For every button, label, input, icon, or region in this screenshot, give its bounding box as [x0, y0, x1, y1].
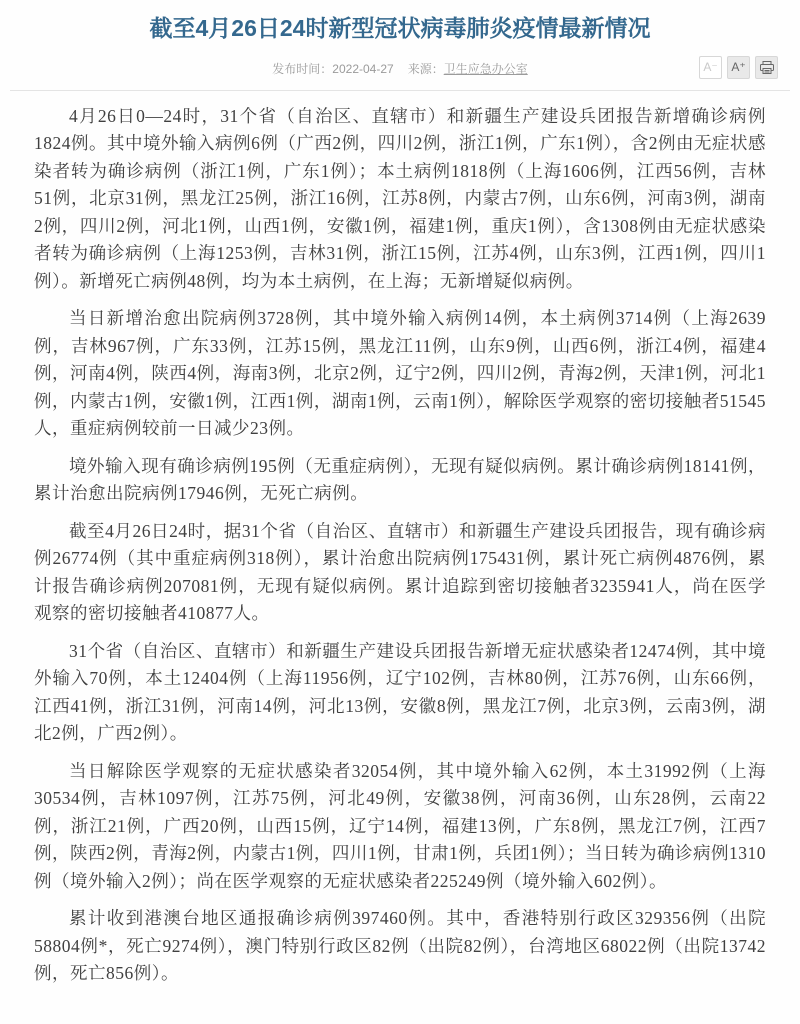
- meta-row: 发布时间：2022-04-27来源：卫生应急办公室 A⁻ A⁺: [0, 56, 800, 82]
- body-paragraph: 截至4月26日24时，据31个省（自治区、直辖市）和新疆生产建设兵团报告，现有确…: [34, 518, 766, 628]
- article-header: 截至4月26日24时新型冠状病毒肺炎疫情最新情况 发布时间：2022-04-27…: [0, 0, 800, 91]
- font-increase-button[interactable]: A⁺: [727, 56, 750, 79]
- body-paragraph: 累计收到港澳台地区通报确诊病例397460例。其中，香港特别行政区329356例…: [34, 905, 766, 988]
- article-body: 4月26日0—24时，31个省（自治区、直辖市）和新疆生产建设兵团报告新增确诊病…: [0, 91, 800, 1024]
- toolbar: A⁻ A⁺: [699, 56, 778, 79]
- print-button[interactable]: [755, 56, 778, 79]
- publish-date: 2022-04-27: [332, 62, 393, 76]
- body-paragraph: 当日新增治愈出院病例3728例，其中境外输入病例14例，本土病例3714例（上海…: [34, 305, 766, 443]
- page-title: 截至4月26日24时新型冠状病毒肺炎疫情最新情况: [40, 14, 760, 44]
- body-paragraph: 31个省（自治区、直辖市）和新疆生产建设兵团报告新增无症状感染者12474例，其…: [34, 638, 766, 748]
- body-paragraph: 4月26日0—24时，31个省（自治区、直辖市）和新疆生产建设兵团报告新增确诊病…: [34, 103, 766, 296]
- article-page: 截至4月26日24时新型冠状病毒肺炎疫情最新情况 发布时间：2022-04-27…: [0, 0, 800, 1024]
- publish-info: 发布时间：2022-04-27来源：卫生应急办公室: [0, 56, 800, 82]
- printer-icon: [760, 61, 774, 74]
- font-decrease-button[interactable]: A⁻: [699, 56, 722, 79]
- header-divider: [10, 90, 790, 91]
- source-link[interactable]: 卫生应急办公室: [444, 62, 528, 76]
- body-paragraph: 当日解除医学观察的无症状感染者32054例，其中境外输入62例，本土31992例…: [34, 758, 766, 896]
- body-paragraph: 境外输入现有确诊病例195例（无重症病例），无现有疑似病例。累计确诊病例1814…: [34, 453, 766, 508]
- publish-time-label: 发布时间：: [272, 62, 332, 76]
- source-label: 来源：: [408, 62, 444, 76]
